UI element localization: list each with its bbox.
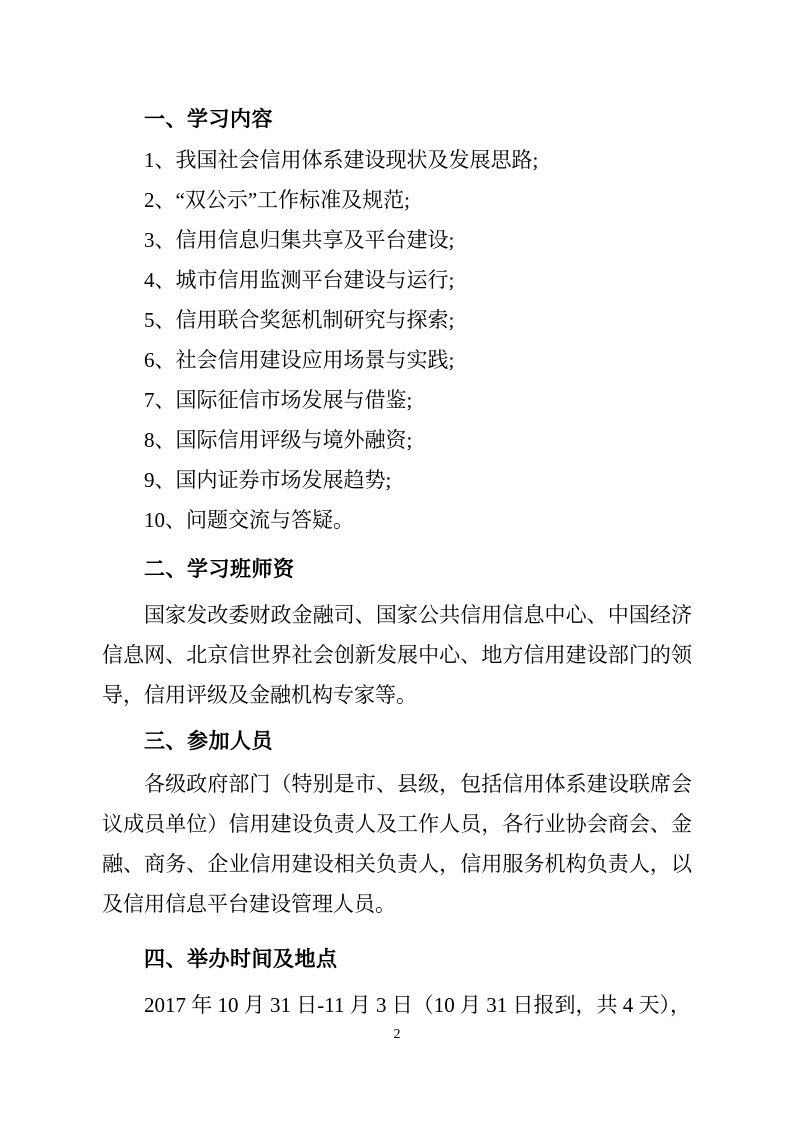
list-item-4: 4、城市信用监测平台建设与运行; [102, 260, 692, 300]
list-item-7: 7、国际征信市场发展与借鉴; [102, 380, 692, 420]
document-page: 一、学习内容 1、我国社会信用体系建设现状及发展思路; 2、“双公示”工作标准及… [0, 0, 794, 1123]
page-number: 2 [0, 1026, 794, 1044]
list-item-10: 10、问题交流与答疑。 [102, 500, 692, 540]
list-item-1: 1、我国社会信用体系建设现状及发展思路; [102, 140, 692, 180]
list-item-5: 5、信用联合奖惩机制研究与探索; [102, 300, 692, 340]
page-content: 一、学习内容 1、我国社会信用体系建设现状及发展思路; 2、“双公示”工作标准及… [102, 100, 692, 1025]
date-paragraph: 2017 年 10 月 31 日-11 月 3 日（10 月 31 日报到，共 … [102, 985, 692, 1025]
list-item-6: 6、社会信用建设应用场景与实践; [102, 340, 692, 380]
list-item-2: 2、“双公示”工作标准及规范; [102, 180, 692, 220]
section-heading-participants: 三、参加人员 [102, 722, 692, 762]
section-heading-time-place: 四、举办时间及地点 [102, 940, 692, 980]
section-heading-faculty: 二、学习班师资 [102, 550, 692, 590]
list-item-9: 9、国内证券市场发展趋势; [102, 460, 692, 500]
participants-paragraph: 各级政府部门（特别是市、县级，包括信用体系建设联席会议成员单位）信用建设负责人及… [102, 764, 692, 924]
section-heading-study-content: 一、学习内容 [102, 100, 692, 140]
faculty-paragraph: 国家发改委财政金融司、国家公共信用信息中心、中国经济信息网、北京信世界社会创新发… [102, 595, 692, 715]
list-item-8: 8、国际信用评级与境外融资; [102, 420, 692, 460]
list-item-3: 3、信用信息归集共享及平台建设; [102, 220, 692, 260]
